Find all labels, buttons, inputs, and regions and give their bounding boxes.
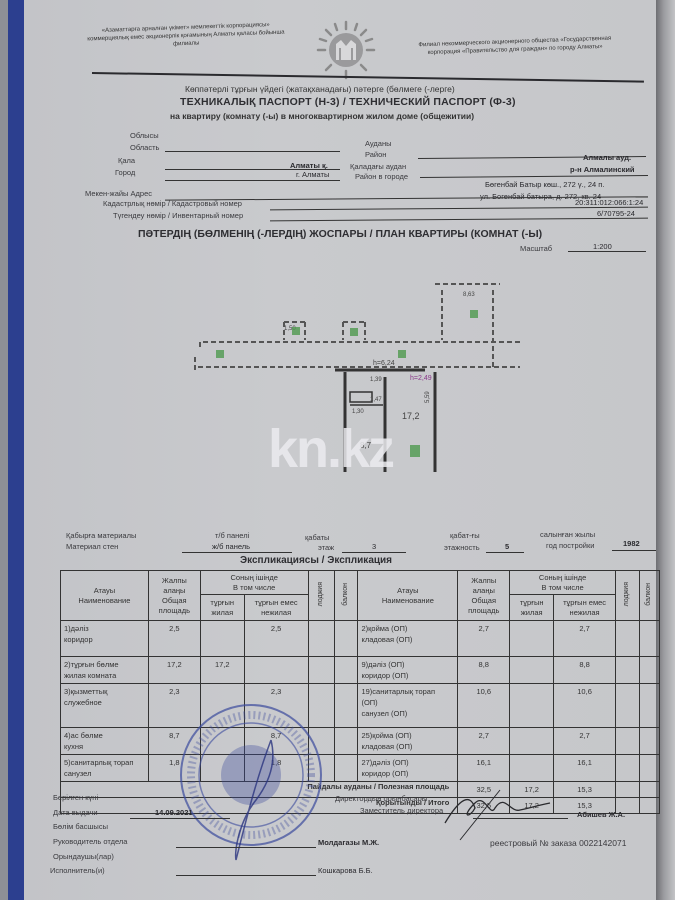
left-room-name: 5)санитарлық торап санузел [61, 755, 149, 782]
left-room-nonliving [244, 657, 308, 684]
floors-field [486, 552, 524, 553]
oblast-label-ru: Область [130, 143, 159, 152]
table-row: 1)дәліз коридор2,52,52)қойма (ОП) кладов… [61, 621, 660, 657]
svg-text:1,39: 1,39 [370, 377, 382, 383]
left-room-balcony [334, 755, 358, 782]
official-stamp-icon [176, 700, 326, 865]
floors-value: 5 [505, 542, 509, 551]
right-room-loggia [616, 728, 640, 755]
table-row: 5)санитарлық торап санузел1,81,827)дәліз… [61, 755, 660, 782]
table-row: 3)қызметтық служебное2,32,319)санитарлық… [61, 684, 660, 728]
right-room-living [510, 684, 554, 728]
right-room-balcony [639, 684, 659, 728]
svg-text:h=6,24: h=6,24 [373, 360, 395, 367]
head-label-kz: Бөлім басшысы [53, 822, 108, 831]
rayon-label-ru: Район [365, 150, 386, 159]
right-room-nonliving: 8,8 [554, 657, 616, 684]
right-room-total: 2,7 [458, 621, 510, 657]
left-room-name: 4)ас бөлме кухня [61, 728, 149, 755]
year-label-ru: год постройки [546, 541, 594, 550]
right-room-name: 2)қойма (ОП) кладовая (ОП) [358, 621, 458, 657]
issue-date: 14.09.2021 [155, 808, 193, 817]
table-row: 2)тұрғын бөлме жилая комната17,217,29)дә… [61, 657, 660, 684]
floors-label-ru: этажность [444, 543, 480, 552]
col-living-right: тұрғын жилая [510, 595, 554, 621]
col-balcony-right: балкон [639, 571, 659, 621]
right-room-name: 9)дәліз (ОП) коридор (ОП) [358, 657, 458, 684]
address-label: Мекен-жайы Адрес [85, 189, 152, 198]
right-room-nonliving: 2,7 [554, 621, 616, 657]
col-nonliving-left: тұрғын емес нежилая [244, 595, 308, 621]
col-total-right: Жалпы алаңы Общая площадь [458, 571, 510, 621]
floor-label-kz: қабаты [305, 533, 329, 542]
scale-value: 1:200 [593, 242, 612, 251]
right-room-name: 27)дәліз (ОП) коридор (ОП) [358, 755, 458, 782]
binder-strip [8, 0, 24, 900]
col-name-left: Атауы Наименование [61, 571, 149, 621]
col-loggia-right: лоджия [616, 571, 640, 621]
year-value: 1982 [623, 539, 640, 548]
issue-label-kz: Берілген күні [53, 793, 98, 802]
wall-value-ru: ж/б панель [212, 542, 250, 551]
cadastral-label: Кадастрлық нөмір / Кадастровый номер [103, 199, 242, 208]
right-room-name: 19)санитарлық торап (ОП) санузел (ОП) [358, 684, 458, 728]
deputy-name: Абишев Ж.А. [577, 810, 625, 819]
wall-label-ru: Материал стен [66, 542, 118, 551]
svg-text:8,63: 8,63 [463, 292, 475, 298]
right-room-living [510, 621, 554, 657]
right-room-loggia [616, 684, 640, 728]
watermark: kn.kz [268, 418, 393, 480]
subtitle-ru: на квартиру (комнату (-ы) в многоквартир… [170, 111, 474, 121]
left-room-balcony [334, 684, 358, 728]
head-sign-field [176, 847, 316, 848]
executor-sign-field [176, 875, 316, 876]
floor-value: 3 [372, 542, 376, 551]
explication-table: Атауы Наименование Жалпы алаңы Общая пло… [60, 570, 660, 814]
left-room-total: 2,5 [148, 621, 200, 657]
deputy-sign-field [473, 818, 568, 819]
city-label-ru: Город [115, 168, 135, 177]
city-field-line-2 [165, 180, 340, 181]
city-district-value-kz: Алмалы ауд. [583, 153, 631, 162]
wall-value-kz: т/б панелі [215, 531, 249, 540]
left-room-living: 17,2 [200, 657, 244, 684]
left-room-balcony [334, 621, 358, 657]
col-incl-left: Соның ішінде В том числе [200, 571, 308, 595]
right-room-total: 8,8 [458, 657, 510, 684]
right-room-loggia [616, 755, 640, 782]
scale-field [568, 251, 646, 252]
executor-name: Кошкарова Б.Б. [318, 866, 373, 875]
issue-date-field [130, 818, 230, 819]
left-room-name: 2)тұрғын бөлме жилая комната [61, 657, 149, 684]
wall-field [182, 552, 292, 553]
left-room-balcony [334, 728, 358, 755]
left-room-loggia [308, 621, 334, 657]
cadastral-value: 20:311:012:066:1:24 [575, 198, 643, 207]
right-room-name: 25)қойма (ОП) кладовая (ОП) [358, 728, 458, 755]
right-room-nonliving: 10,6 [554, 684, 616, 728]
address-value-kz: Бөгенбай Батыр көш., 272 ү., 24 п. [485, 180, 604, 189]
right-room-loggia [616, 657, 640, 684]
head-label-ru: Руководитель отдела [53, 837, 127, 846]
city-district-value-ru: р-н Алмалинский [570, 165, 635, 174]
svg-text:h=2,49: h=2,49 [410, 375, 432, 382]
city-label-kz: Қала [118, 156, 135, 165]
corporation-logo-icon [316, 20, 376, 80]
right-room-total: 16,1 [458, 755, 510, 782]
floors-label-kz: қабат-ғы [450, 531, 480, 540]
oblast-label-kz: Облысы [130, 131, 159, 140]
right-room-total: 10,6 [458, 684, 510, 728]
left-room-name: 3)қызметтық служебное [61, 684, 149, 728]
col-loggia-left: лоджия [308, 571, 334, 621]
left-room-nonliving: 2,5 [244, 621, 308, 657]
svg-text:17,2: 17,2 [402, 411, 420, 421]
col-total-left: Жалпы алаңы Общая площадь [148, 571, 200, 621]
col-living-left: тұрғын жилая [200, 595, 244, 621]
right-room-total: 2,7 [458, 728, 510, 755]
scale-label: Масштаб [520, 244, 552, 253]
head-name: Молдагазы М.Ж. [318, 838, 379, 847]
city-value-ru: г. Алматы [296, 170, 329, 179]
right-room-balcony [639, 755, 659, 782]
plan-title: ПӘТЕРДІҢ (БӨЛМЕНІҢ (-ЛЕРДІҢ) ЖОСПАРЫ / П… [138, 228, 542, 240]
left-room-name: 1)дәліз коридор [61, 621, 149, 657]
year-label-kz: салынған жылы [540, 530, 595, 539]
wall-label-kz: Қабырға материалы [66, 531, 136, 540]
left-room-total: 17,2 [148, 657, 200, 684]
right-room-nonliving: 16,1 [554, 755, 616, 782]
inventory-label: Түгендеу нөмір / Инвентарный номер [113, 211, 243, 220]
useful-nonliving: 15,3 [554, 782, 616, 798]
right-room-balcony [639, 621, 659, 657]
right-room-nonliving: 2,7 [554, 728, 616, 755]
table-row: 4)ас бөлме кухня8,78,725)қойма (ОП) клад… [61, 728, 660, 755]
right-room-living [510, 728, 554, 755]
svg-text:1,30: 1,30 [352, 409, 364, 415]
svg-text:1,47: 1,47 [370, 397, 382, 403]
col-nonliving-right: тұрғын емес нежилая [554, 595, 616, 621]
right-room-loggia [616, 621, 640, 657]
city-district-label-kz: Қаладағы аудан [350, 162, 406, 171]
year-field [612, 550, 656, 551]
oblast-field [165, 151, 340, 152]
inventory-value: 6/70795-24 [597, 209, 635, 218]
city-field-line-1 [165, 169, 340, 170]
deputy-label-kz: Директордың орынбасары [335, 794, 427, 803]
col-name-right: Атауы Наименование [358, 571, 458, 621]
floor-field [342, 552, 406, 553]
floor-label-ru: этаж [318, 543, 334, 552]
executor-label-kz: Орындаушы(лар) [53, 852, 114, 861]
city-district-label-ru: Район в городе [355, 172, 408, 181]
col-balcony-left: балкон [334, 571, 358, 621]
left-room-loggia [308, 657, 334, 684]
executor-label-ru: Исполнитель(и) [50, 866, 105, 875]
deputy-label-ru: Заместитель директора [360, 806, 443, 815]
right-room-balcony [639, 728, 659, 755]
registry-number: реестровый № заказа 0022142071 [490, 838, 626, 848]
left-room-living [200, 621, 244, 657]
rayon-label-kz: Ауданы [365, 139, 392, 148]
issue-label-ru: Дата выдачи [53, 808, 98, 817]
explication-title: Экспликациясы / Экспликация [240, 555, 392, 566]
svg-text:5,59: 5,59 [425, 391, 431, 403]
right-room-balcony [639, 657, 659, 684]
document-title: ТЕХНИКАЛЫҚ ПАСПОРТ (Н-3) / ТЕХНИЧЕСКИЙ П… [180, 96, 516, 108]
subtitle-kz: Көппәтерлі тұрғын үйдегі (жатақханадағы)… [185, 84, 455, 94]
col-incl-right: Соның ішінде В том числе [510, 571, 616, 595]
signature-icon [440, 788, 555, 843]
left-room-balcony [334, 657, 358, 684]
right-room-living [510, 755, 554, 782]
right-room-living [510, 657, 554, 684]
